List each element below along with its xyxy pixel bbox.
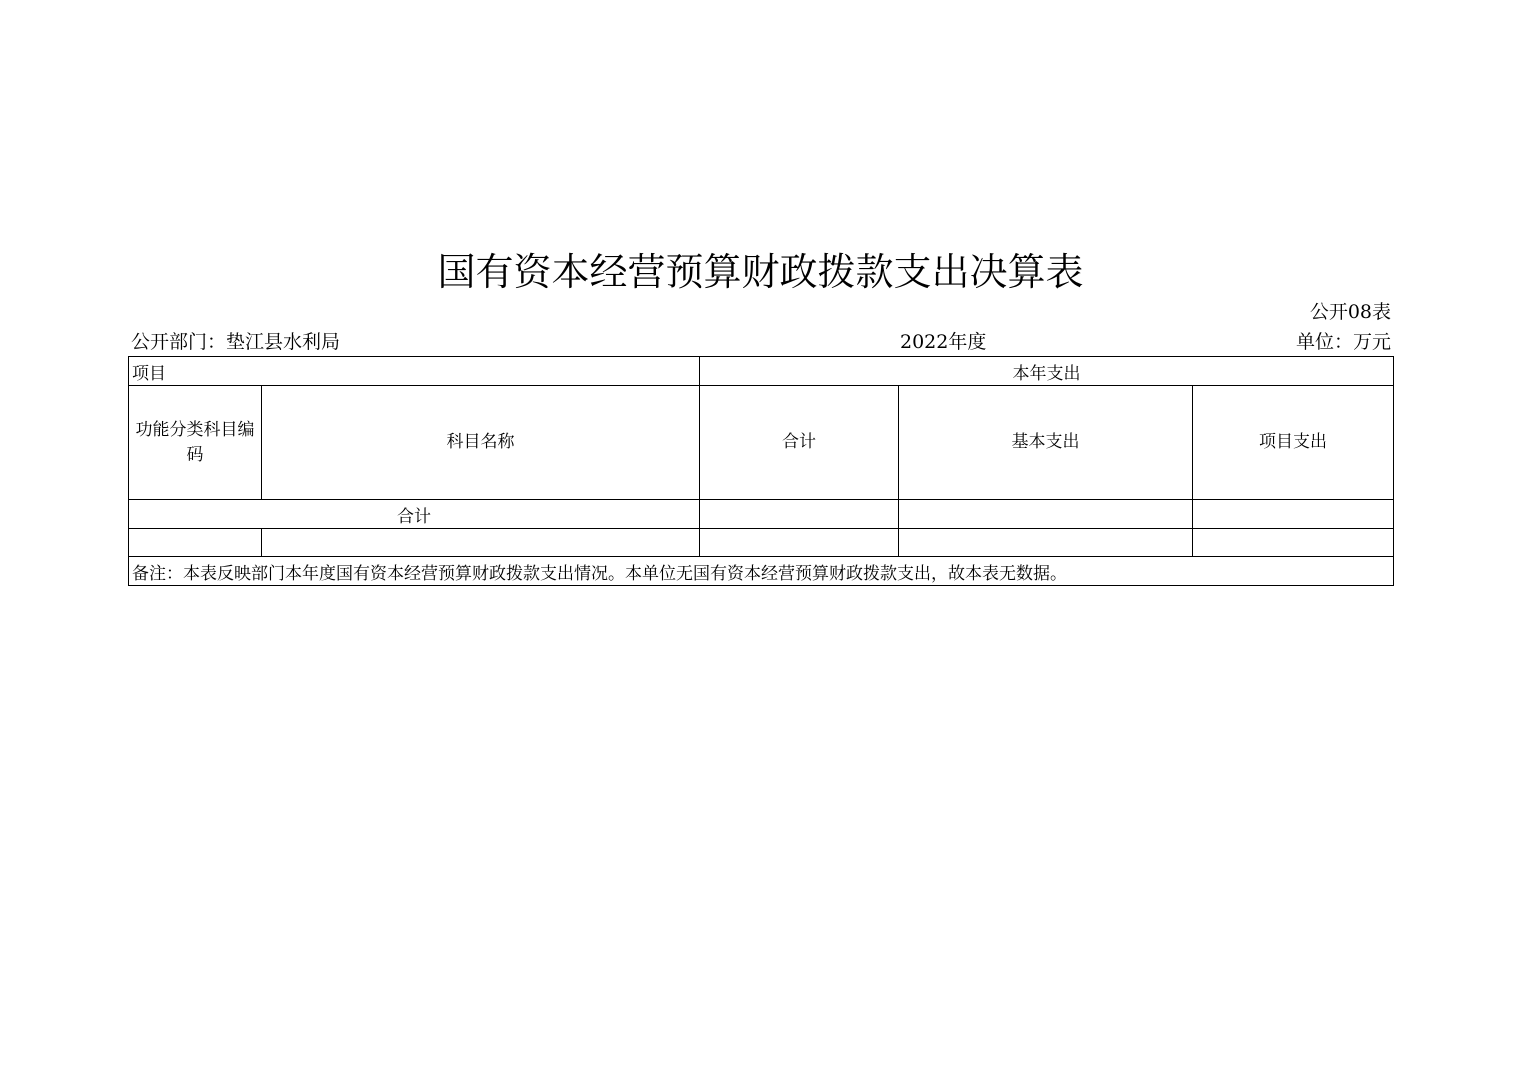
table-note: 备注：本表反映部门本年度国有资本经营预算财政拨款支出情况。本单位无国有资本经营预… [129, 557, 1394, 586]
row-total [700, 529, 899, 557]
header-row-1: 项目 本年支出 [129, 357, 1394, 386]
header-row-2: 功能分类科目编码 科目名称 合计 基本支出 项目支出 [129, 386, 1394, 500]
header-project-expenditure: 项目支出 [1193, 386, 1394, 500]
table-row [129, 529, 1394, 557]
fiscal-year: 2022年度 [900, 330, 986, 354]
header-function-code: 功能分类科目编码 [129, 386, 262, 500]
row-project [1193, 529, 1394, 557]
page-title: 国有资本经营预算财政拨款支出决算表 [0, 246, 1521, 298]
header-project: 项目 [129, 357, 700, 386]
row-name [262, 529, 700, 557]
form-number: 公开08表 [1310, 300, 1391, 324]
header-total: 合计 [700, 386, 899, 500]
row-basic [899, 529, 1193, 557]
total-basic-value [899, 500, 1193, 529]
header-current-year-expenditure: 本年支出 [700, 357, 1394, 386]
department-label: 公开部门：垫江县水利局 [131, 330, 340, 354]
total-label: 合计 [129, 500, 700, 529]
expenditure-table: 项目 本年支出 功能分类科目编码 科目名称 合计 基本支出 项目支出 合计 备注… [128, 356, 1394, 586]
note-row: 备注：本表反映部门本年度国有资本经营预算财政拨款支出情况。本单位无国有资本经营预… [129, 557, 1394, 586]
total-project-value [1193, 500, 1394, 529]
unit-label: 单位：万元 [1296, 330, 1391, 354]
header-subject-name: 科目名称 [262, 386, 700, 500]
header-basic-expenditure: 基本支出 [899, 386, 1193, 500]
row-code [129, 529, 262, 557]
total-value [700, 500, 899, 529]
total-row: 合计 [129, 500, 1394, 529]
